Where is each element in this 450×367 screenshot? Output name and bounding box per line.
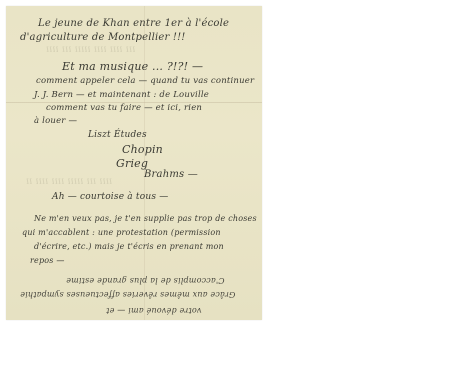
handwritten-line: Ne m'en veux pas, je t'en supplie pas tr… xyxy=(34,214,257,223)
handwritten-line: Brahms — xyxy=(144,169,198,180)
handwritten-line: comment appeler cela — quand tu vas cont… xyxy=(36,76,254,86)
handwritten-line: à louer — xyxy=(34,116,77,126)
bleed-through-text: ııı ıııı ıııı ııııı ııı ıııı xyxy=(46,44,135,55)
handwritten-line: d'écrire, etc.) mais je t'écris en prena… xyxy=(34,242,224,251)
inverted-handwritten-line: Grâce aux mêmes rêveries affectueuses sy… xyxy=(20,290,235,299)
handwritten-line: Chopin xyxy=(122,143,163,156)
handwritten-line: qui m'accablent : une protestation (perm… xyxy=(22,228,221,237)
handwritten-line: J. J. Bern — et maintenant : de Louville xyxy=(34,90,209,100)
handwritten-line: Le jeune de Khan entre 1er à l'école xyxy=(38,18,229,29)
letter-page: ııı ıııı ıııı ııııı ııı ıııı ıııı ııı ıı… xyxy=(6,6,262,320)
handwritten-line: Et ma musique ... ?!?! — xyxy=(62,60,203,73)
inverted-handwritten-line: votre dévoué ami — et xyxy=(106,306,201,315)
handwritten-line: Liszt Études xyxy=(88,130,147,140)
inverted-handwritten-line: C'accomplis de la plus grande estime xyxy=(66,276,225,285)
handwritten-line: Ah — courtoise à tous — xyxy=(52,192,168,202)
handwritten-line: d'agriculture de Montpellier !!! xyxy=(20,32,186,43)
bleed-through-text: ıııı ııı ııııı ıııı ıııı ıı xyxy=(26,176,112,187)
handwritten-line: comment vas tu faire — et ici, rien xyxy=(46,103,202,113)
handwritten-line: repos — xyxy=(30,256,65,265)
